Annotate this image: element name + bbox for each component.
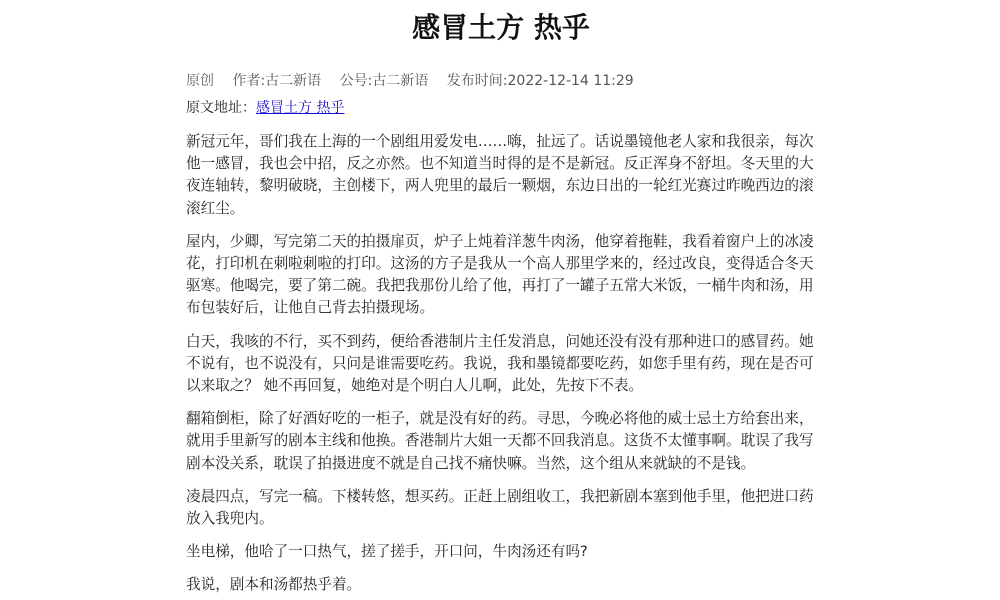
- paragraph: 翻箱倒柜，除了好酒好吃的一柜子，就是没有好的药。寻思，今晚必将他的威士忌土方给套…: [186, 408, 816, 475]
- source-line: 原文地址：感冒土方 热乎: [186, 97, 816, 119]
- article: 感冒土方 热乎 原创 作者:古二新语 公号:古二新语 发布时间:2022-12-…: [186, 0, 816, 597]
- paragraph: 我说，剧本和汤都热乎着。: [186, 574, 816, 596]
- article-title: 感冒土方 热乎: [186, 0, 816, 52]
- paragraph: 新冠元年，哥们我在上海的一个剧组用爱发电……嗨，扯远了。话说墨镜他老人家和我很亲…: [186, 131, 816, 220]
- original-badge: 原创: [186, 73, 214, 89]
- paragraph: 坐电梯，他哈了一口热气，搓了搓手，开口问，牛肉汤还有吗?: [186, 541, 816, 563]
- source-label: 原文地址：: [186, 100, 256, 116]
- author: 作者:古二新语: [232, 73, 321, 89]
- source-link[interactable]: 感冒土方 热乎: [256, 100, 344, 116]
- paragraph: 屋内，少卿，写完第二天的拍摄扉页，炉子上炖着洋葱牛肉汤，他穿着拖鞋，我看着窗户上…: [186, 231, 816, 320]
- paragraph: 白天，我咳的不行，买不到药，便给香港制片主任发消息，问她还没有没有那种进口的感冒…: [186, 331, 816, 398]
- paragraph: 凌晨四点，写完一稿。下楼转悠，想买药。正赶上剧组收工，我把新剧本塞到他手里，他把…: [186, 486, 816, 530]
- publish-time: 发布时间:2022-12-14 11:29: [447, 73, 634, 89]
- account: 公号:古二新语: [340, 73, 429, 89]
- article-meta: 原创 作者:古二新语 公号:古二新语 发布时间:2022-12-14 11:29: [186, 70, 816, 92]
